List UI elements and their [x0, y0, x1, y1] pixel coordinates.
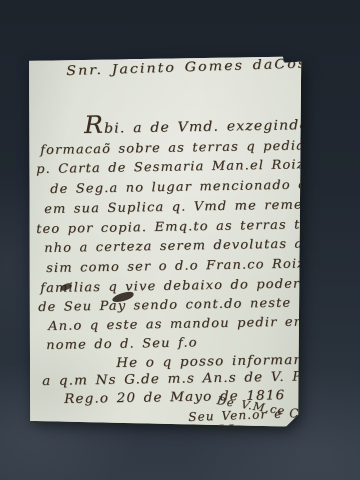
body-line-7: nho a certeza serem devolutas as- [44, 235, 317, 255]
manuscript-paper: Snr. Jacinto Gomes daCosta Rbi. a de Vmd… [28, 56, 302, 428]
body-line-4: de Seg.a no lugar mencionado e [50, 177, 307, 196]
body-line-9: familias q vive debaixo do poder [40, 275, 300, 295]
body-line-12: nome do d. Seu f.o [46, 334, 198, 352]
body-line-2: formacaõ sobre as terras q pedia [40, 137, 305, 157]
body-line-8: sim como ser o d.o Fran.co Roiz p. [46, 255, 327, 275]
body-line-11: An.o q este as mandou pedir em [48, 313, 307, 333]
body-line-6: teo por copia. Emq.to as terras te- [36, 216, 315, 236]
signature-line: Vicente Marq.es d'Oliv.ra [140, 420, 360, 440]
closing-line-1: He o q posso informar a Vm [116, 352, 350, 371]
manuscript-paper-wrapper: Snr. Jacinto Gomes daCosta Rbi. a de Vmd… [28, 56, 302, 428]
closing-line-2: a q.m Ns G.de m.s An.s de V. P.ca 4 d'El [42, 368, 360, 389]
body-line-10: de Seu Pay sendo cont.do neste = [38, 294, 311, 314]
letter-photo-background: Snr. Jacinto Gomes daCosta Rbi. a de Vmd… [0, 0, 360, 480]
body-line-5: em sua Suplica q. Vmd me reme- [44, 196, 308, 216]
recipient-line: Snr. Jacinto Gomes daCosta [66, 56, 326, 79]
body-line-3: p. Carta de Sesmaria Man.el Roiz [36, 156, 305, 176]
body-line-1: Rbi. a de Vmd. exzegindo in [84, 116, 333, 137]
